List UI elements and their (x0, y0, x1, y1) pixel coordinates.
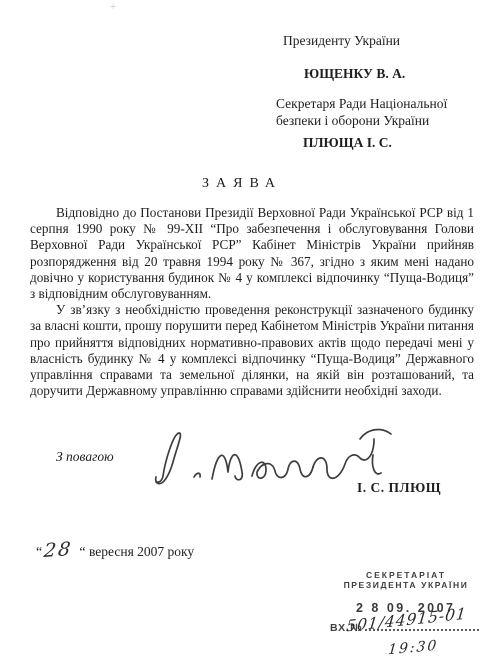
scan-artifact-plus: + (110, 1, 116, 13)
stamp-org-line1: СЕКРЕТАРІАТ (320, 571, 492, 580)
addressee-position-2-line1: Секретаря Ради Національної (276, 96, 447, 112)
signer-name: І. С. ПЛЮЩ (357, 480, 441, 496)
addressee-name-1: ЮЩЕНКУ В. А. (304, 66, 405, 82)
document-title: ЗАЯВА (0, 176, 484, 192)
handwritten-time: 19:30 (387, 638, 439, 656)
date-line: “28“ вересня 2007 року (36, 539, 194, 561)
closing-salutation: З повагою (56, 449, 114, 465)
addressee-name-2: ПЛЮЩА І. С. (303, 135, 392, 151)
stamp-org-line2: ПРЕЗИДЕНТА УКРАЇНИ (320, 580, 492, 590)
handwritten-day: 28 (43, 538, 74, 562)
scanned-letter-page: + Президенту України ЮЩЕНКУ В. А. Секрет… (0, 0, 500, 656)
addressee-position-1: Президенту України (283, 33, 400, 49)
date-close-quote: “ (79, 545, 85, 560)
date-text: вересня 2007 року (89, 544, 194, 559)
paragraph-2: У зв’язку з необхідністю проведення реко… (30, 302, 474, 399)
letter-body: Відповідно до Постанови Президії Верховн… (30, 205, 474, 399)
secretariat-stamp: СЕКРЕТАРІАТ ПРЕЗИДЕНТА УКРАЇНИ 2 8 09. 2… (320, 571, 492, 634)
addressee-position-2-line2: безпеки і оборони України (276, 113, 429, 129)
paragraph-1: Відповідно до Постанови Президії Верховн… (30, 205, 474, 302)
date-open-quote: “ (36, 545, 42, 560)
